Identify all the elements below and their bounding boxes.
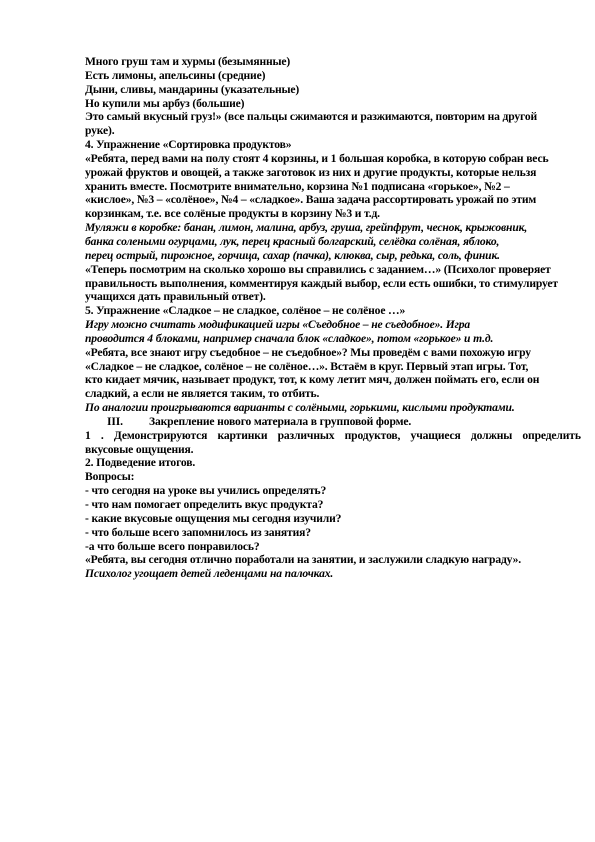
exercise-4-dummies-line: Муляжи в коробке: банан, лимон, малина, …	[85, 221, 535, 235]
exercise-4-section: 4. Упражнение «Сортировка продуктов» «Ре…	[85, 138, 535, 304]
exercise-4-check-line: правильность выполнения, комментируя каж…	[85, 277, 535, 291]
rhyme-line: Много груш там и хурмы (безымянные)	[85, 55, 535, 69]
final-note: Психолог угощает детей леденцами на пало…	[85, 567, 535, 581]
exercise-4-dummies-line: перец острый, пирожное, горчица, сахар (…	[85, 249, 535, 263]
rhyme-line: Дыни, сливы, мандарины (указательные)	[85, 83, 535, 97]
exercise-4-instruction-line: урожай фруктов и овощей, а также заготов…	[85, 166, 535, 180]
exercise-4-instruction-line: корзинкам, т.е. все солёные продукты в к…	[85, 207, 535, 221]
rhyme-line: Это самый вкусный груз!» (все пальцы сжи…	[85, 110, 535, 124]
exercise-4-instruction-line: хранить вместе. Посмотрите внимательно, …	[85, 180, 535, 194]
closing-line: «Ребята, вы сегодня отлично поработали н…	[85, 553, 535, 567]
rhyme-line: руке).	[85, 124, 535, 138]
section-3-item-line: вкусовые ощущения.	[85, 443, 535, 457]
summary-heading: 2. Подведение итогов.	[85, 456, 535, 470]
exercise-4-check-line: учащихся дать правильный ответ).	[85, 290, 535, 304]
exercise-5-instruction-line: «Ребята, все знают игру съедобное – не с…	[85, 346, 535, 360]
question-item: - что нам помогает определить вкус проду…	[85, 498, 535, 512]
exercise-5-instruction-line: кто кидает мячик, называет продукт, тот,…	[85, 373, 535, 387]
summary-section: 2. Подведение итогов. Вопросы: - что сег…	[85, 456, 535, 581]
questions-label: Вопросы:	[85, 470, 535, 484]
exercise-4-dummies-line: банка солеными огурцами, лук, перец крас…	[85, 235, 535, 249]
section-3-title: Закрепление нового материала в групповой…	[149, 415, 411, 428]
exercise-5-note-line: Игру можно считать модификацией игры «Съ…	[85, 318, 535, 332]
document-page: Много груш там и хурмы (безымянные) Есть…	[85, 55, 535, 581]
section-3-heading: III.Закрепление нового материала в групп…	[85, 415, 535, 429]
exercise-5-instruction-line: «Сладкое – не сладкое, солёное – не солё…	[85, 360, 535, 374]
exercise-5-heading: 5. Упражнение «Сладкое – не сладкое, сол…	[85, 304, 535, 318]
section-3-item-line: 1 . Демонстрируются картинки различных п…	[85, 429, 535, 443]
rhyme-line: Но купили мы арбуз (большие)	[85, 97, 535, 111]
question-item: - что сегодня на уроке вы учились опреде…	[85, 484, 535, 498]
rhyme-line: Есть лимоны, апельсины (средние)	[85, 69, 535, 83]
exercise-4-instruction-line: «Ребята, перед вами на полу стоят 4 корз…	[85, 152, 535, 166]
exercise-5-analogy-line: По аналогии проигрываются варианты с сол…	[85, 401, 535, 415]
exercise-5-instruction-line: сладкий, а если не является таким, то от…	[85, 387, 535, 401]
section-3-roman-numeral: III.	[107, 415, 149, 429]
rhyme-block: Много груш там и хурмы (безымянные) Есть…	[85, 55, 535, 138]
question-item: -а что больше всего понравилось?	[85, 540, 535, 554]
exercise-4-instruction-line: «кислое», №3 – «солёное», №4 – «сладкое»…	[85, 193, 535, 207]
exercise-5-note-line: проводится 4 блоками, например сначала б…	[85, 332, 535, 346]
exercise-4-check-line: «Теперь посмотрим на сколько хорошо вы с…	[85, 263, 535, 277]
question-item: - что больше всего запомнилось из заняти…	[85, 526, 535, 540]
section-3: III.Закрепление нового материала в групп…	[85, 415, 535, 457]
question-item: - какие вкусовые ощущения мы сегодня изу…	[85, 512, 535, 526]
exercise-4-heading: 4. Упражнение «Сортировка продуктов»	[85, 138, 535, 152]
exercise-5-section: 5. Упражнение «Сладкое – не сладкое, сол…	[85, 304, 535, 415]
